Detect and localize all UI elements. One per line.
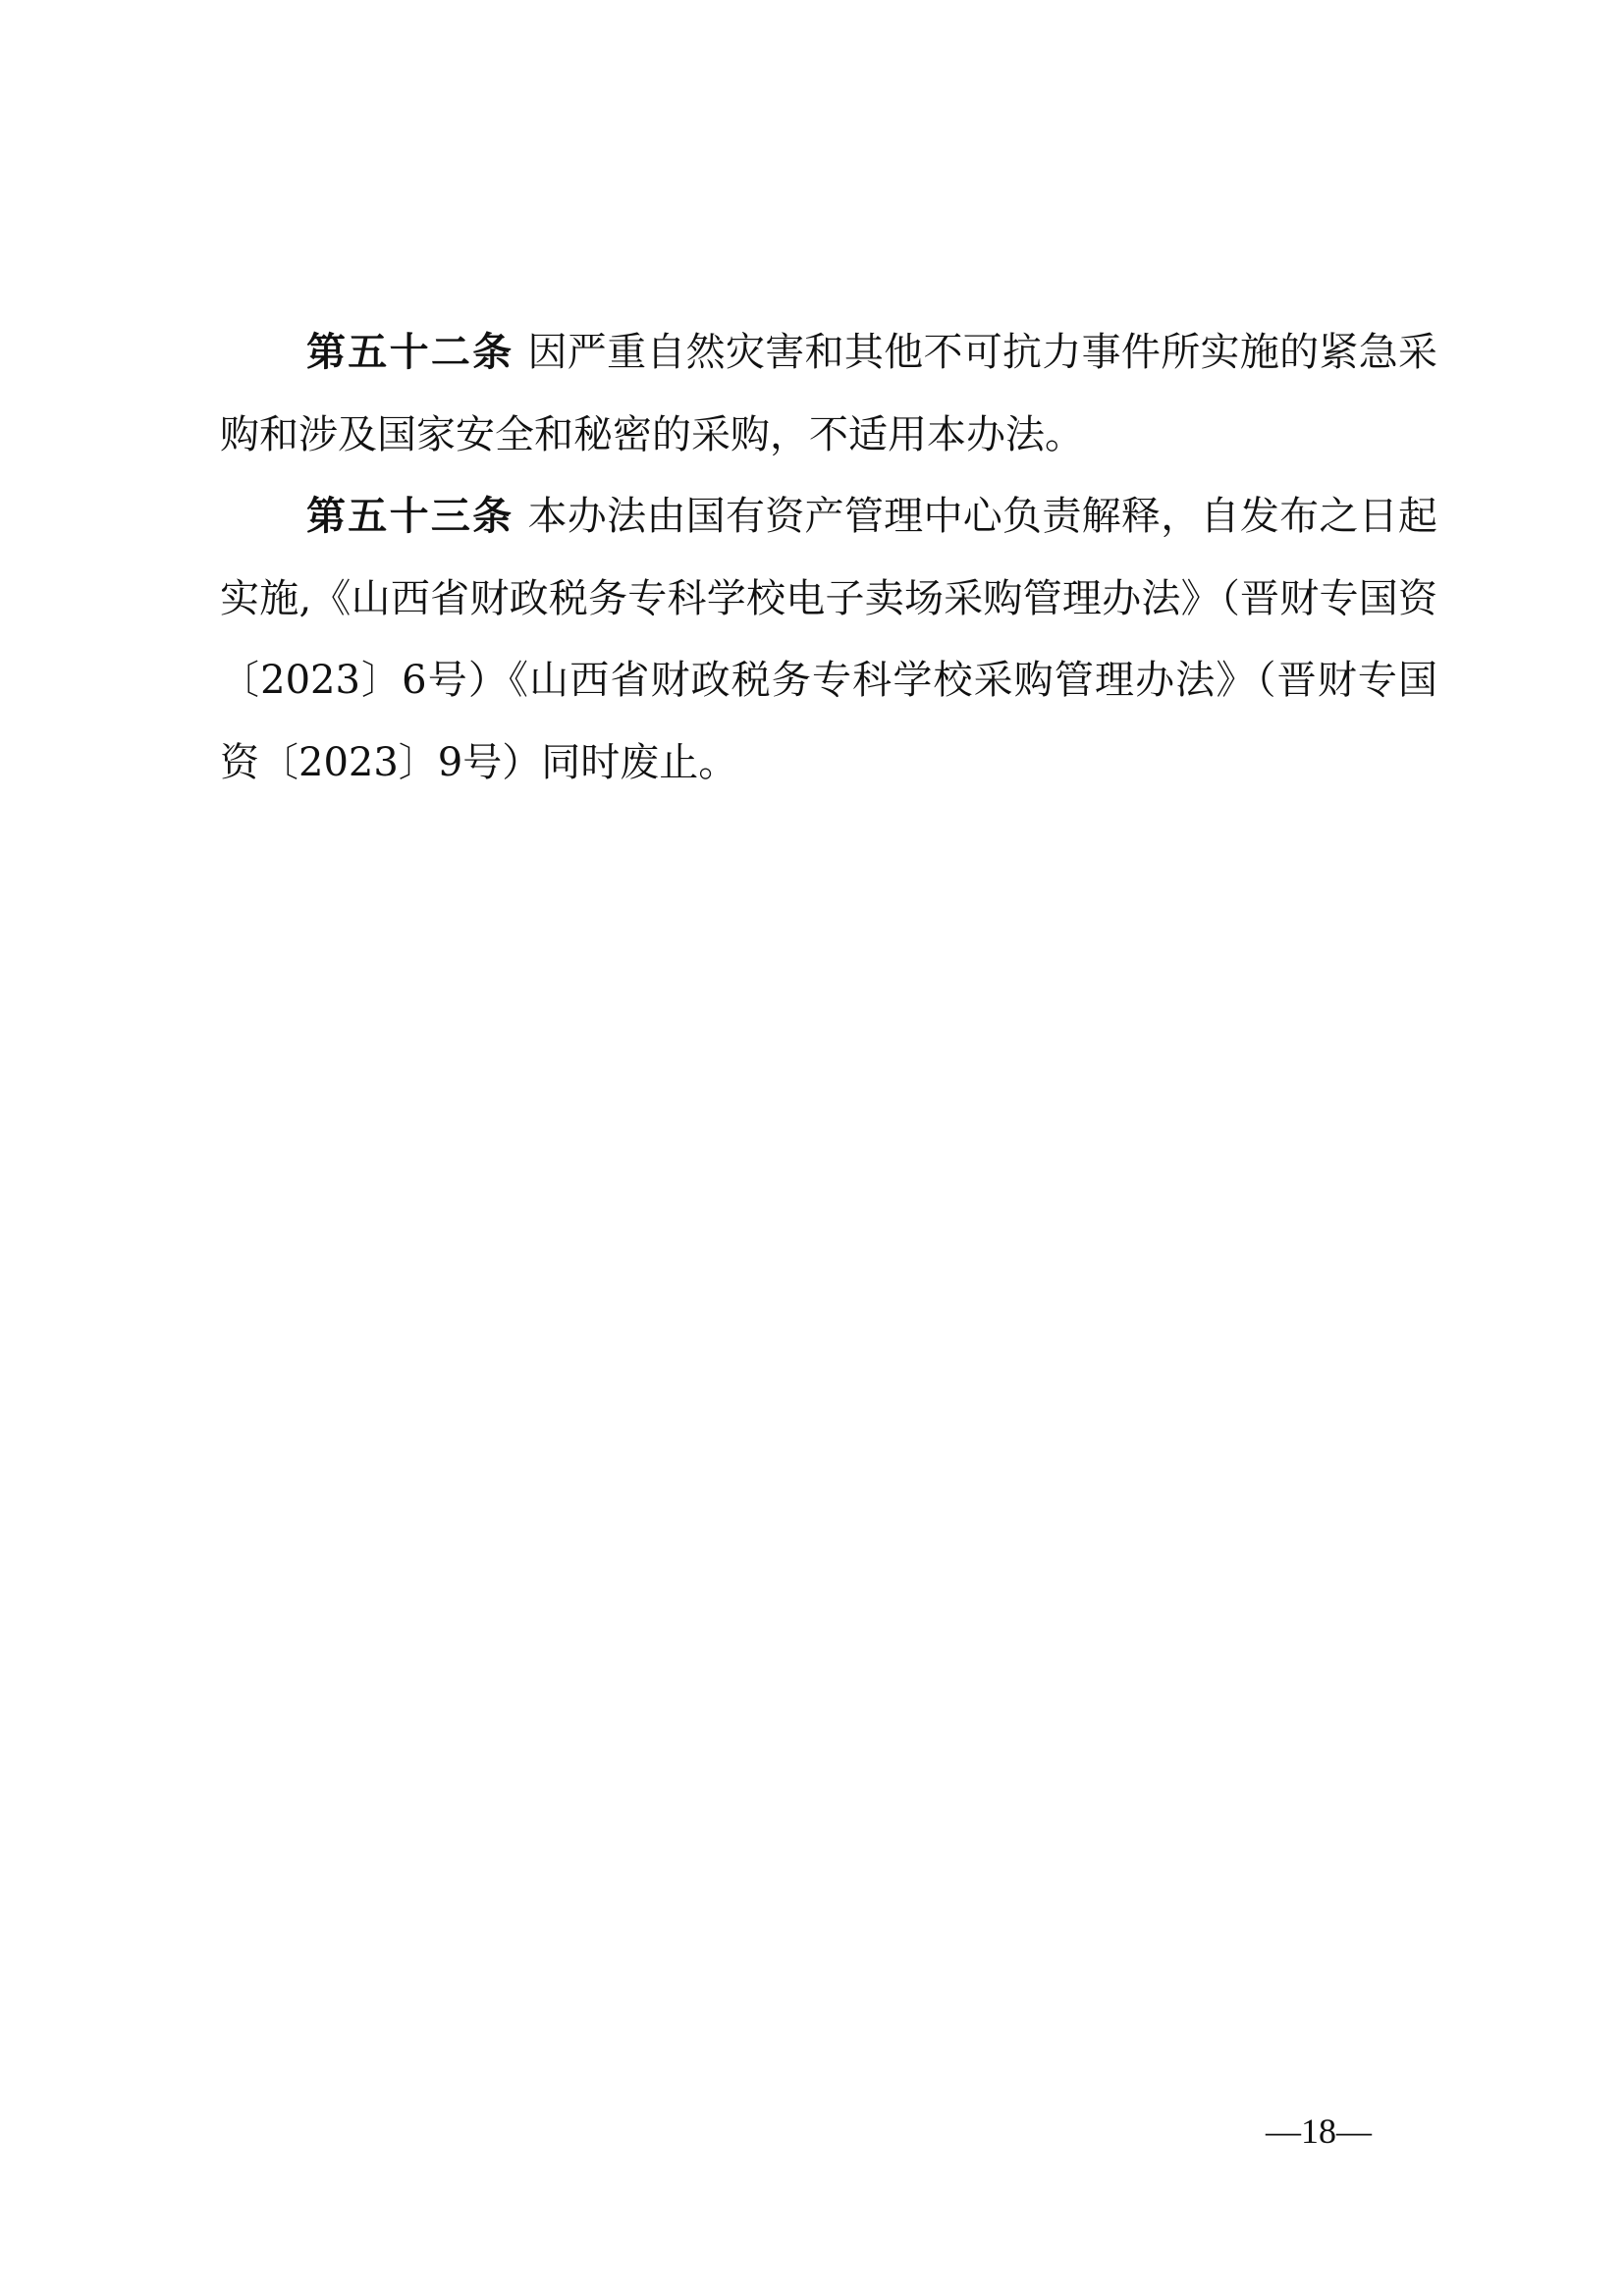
article-52-number: 第五十二条 <box>306 330 514 375</box>
document-body: 第五十二条因严重自然灾害和其他不可抗力事件所实施的紧急采购和涉及国家安全和秘密的… <box>220 312 1437 804</box>
page-number: —18— <box>1260 2110 1378 2152</box>
article-53-paragraph: 第五十三条本办法由国有资产管理中心负责解释，自发布之日起实施,《山西省财政税务专… <box>220 476 1437 804</box>
document-page: 第五十二条因严重自然灾害和其他不可抗力事件所实施的紧急采购和涉及国家安全和秘密的… <box>0 0 1624 2296</box>
article-53-number: 第五十三条 <box>306 494 514 539</box>
article-52-paragraph: 第五十二条因严重自然灾害和其他不可抗力事件所实施的紧急采购和涉及国家安全和秘密的… <box>220 312 1437 476</box>
